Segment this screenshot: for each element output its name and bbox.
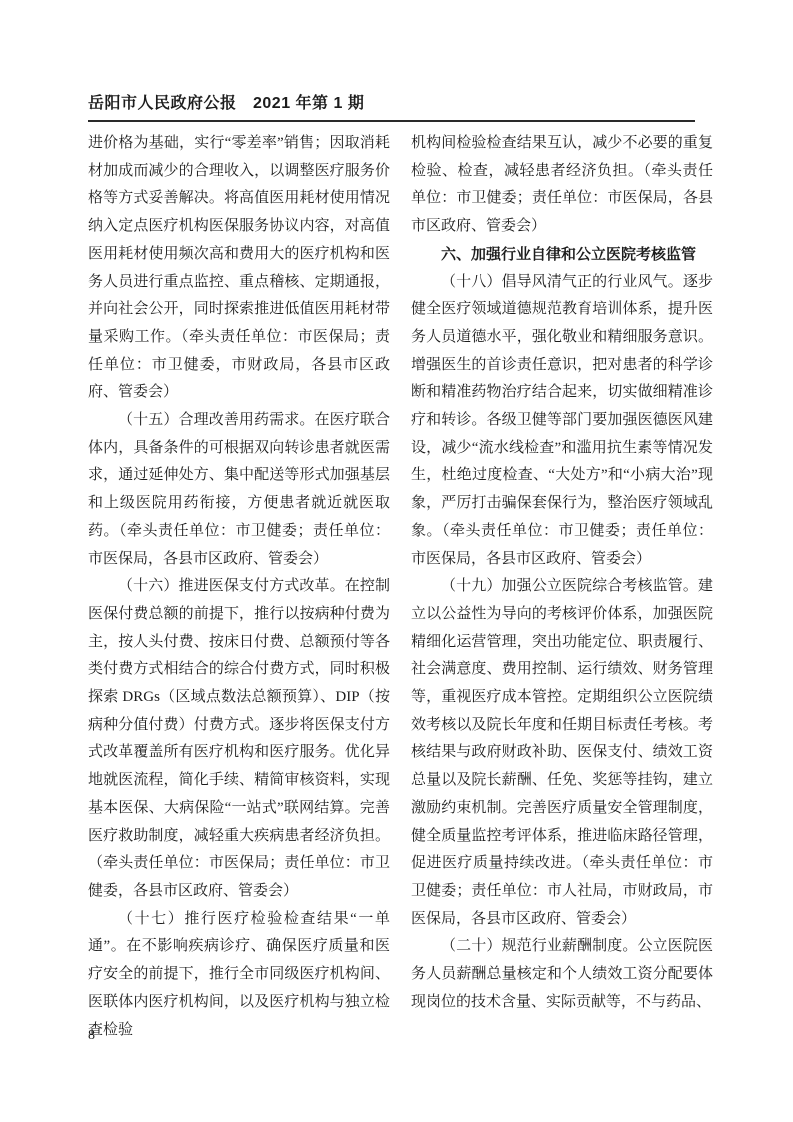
text-body: 进价格为基础，实行“零差率”销售；因取消耗材加成而减少的合理收入，以调整医疗服务… (88, 130, 713, 1044)
paragraph-item-17: （十七）推行医疗检验检查结果“一单通”。在不影响疾病诊疗、确保医疗质量和医疗安全… (88, 906, 390, 1045)
text-column-left: 进价格为基础，实行“零差率”销售；因取消耗材加成而减少的合理收入，以调整医疗服务… (88, 130, 390, 1044)
paragraph-item-20: （二十）规范行业薪酬制度。公立医院医务人员薪酬总量核定和个人绩效工资分配要体现岗… (411, 933, 713, 1016)
paragraph-item-18: （十八）倡导风清气正的行业风气。逐步健全医疗领域道德规范教育培训体系，提升医务人… (411, 269, 713, 574)
paragraph-continuation: 进价格为基础，实行“零差率”销售；因取消耗材加成而减少的合理收入，以调整医疗服务… (88, 130, 390, 407)
paragraph-item-15: （十五）合理改善用药需求。在医疗联合体内，具备条件的可根据双向转诊患者就医需求，… (88, 407, 390, 573)
document-page: 岳阳市人民政府公报 2021 年第 1 期 进价格为基础，实行“零差率”销售；因… (0, 0, 793, 1122)
paragraph-item-19: （十九）加强公立医院综合考核监管。建立以公益性为导向的考核评价体系，加强医院精细… (411, 573, 713, 933)
page-number: 8 (88, 1022, 95, 1049)
page-header: 岳阳市人民政府公报 2021 年第 1 期 (88, 90, 695, 122)
header-title: 岳阳市人民政府公报 2021 年第 1 期 (88, 95, 364, 112)
paragraph-item-16: （十六）推进医保支付方式改革。在控制医保付费总额的前提下，推行以按病种付费为主，… (88, 573, 390, 905)
paragraph-continuation: 机构间检验检查结果互认，减少不必要的重复检验、检查，减轻患者经济负担。（牵头责任… (411, 130, 713, 241)
section-heading-6: 六、加强行业自律和公立医院考核监管 (411, 241, 713, 269)
text-column-right: 机构间检验检查结果互认，减少不必要的重复检验、检查，减轻患者经济负担。（牵头责任… (411, 130, 713, 1044)
